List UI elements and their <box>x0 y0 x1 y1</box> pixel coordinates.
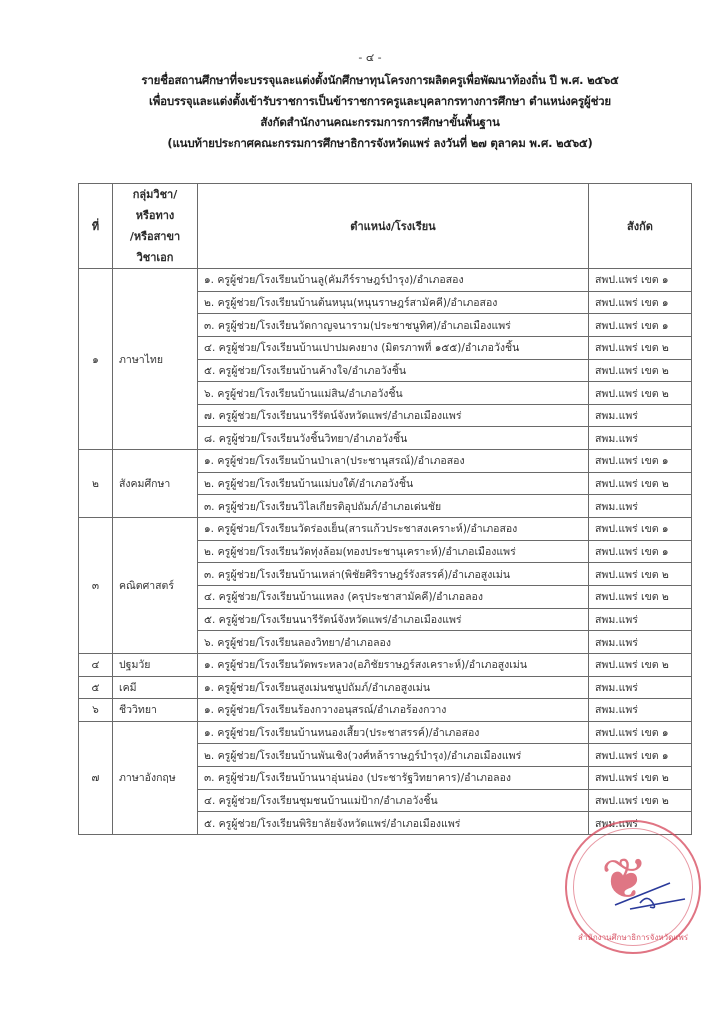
subject-group: ภาษาไทย <box>113 269 198 450</box>
header-no: ที่ <box>79 184 113 269</box>
affiliation: สพป.แพร่ เขต ๑ <box>589 744 692 767</box>
affiliation: สพป.แพร่ เขต ๑ <box>589 269 692 292</box>
row-number: ๗ <box>79 721 113 834</box>
position-school: ๒. ครูผู้ช่วย/โรงเรียนวัดทุ่งล้อม(ทองประ… <box>198 540 589 563</box>
title-line-1: รายชื่อสถานศึกษาที่จะบรรจุและแต่งตั้งนัก… <box>0 70 720 91</box>
position-school: ๒. ครูผู้ช่วย/โรงเรียนบ้านต้นหนุน(หนุนรา… <box>198 291 589 314</box>
subject-group: เคมี <box>113 676 198 699</box>
subject-group: ชีววิทยา <box>113 699 198 722</box>
position-school: ๓. ครูผู้ช่วย/โรงเรียนวิไลเกียรติอุปถัมภ… <box>198 495 589 518</box>
position-school: ๔. ครูผู้ช่วย/โรงเรียนบ้านเปาปมคงยาง (มิ… <box>198 336 589 359</box>
position-school: ๕. ครูผู้ช่วย/โรงเรียนบ้านค้างใจ/อำเภอวั… <box>198 359 589 382</box>
affiliation: สพป.แพร่ เขต ๒ <box>589 382 692 405</box>
affiliation: สพป.แพร่ เขต ๒ <box>589 653 692 676</box>
subject-group: สังคมศึกษา <box>113 450 198 518</box>
affiliation: สพป.แพร่ เขต ๒ <box>589 563 692 586</box>
affiliation: สพป.แพร่ เขต ๒ <box>589 336 692 359</box>
row-number: ๑ <box>79 269 113 450</box>
row-number: ๓ <box>79 518 113 654</box>
table-row: ๗ภาษาอังกฤษ๑. ครูผู้ช่วย/โรงเรียนบ้านหนอ… <box>79 721 692 744</box>
table-row: ๒สังคมศึกษา๑. ครูผู้ช่วย/โรงเรียนบ้านป่า… <box>79 450 692 473</box>
position-school: ๓. ครูผู้ช่วย/โรงเรียนบ้านเหล่า(พิชัยศิร… <box>198 563 589 586</box>
position-school: ๑. ครูผู้ช่วย/โรงเรียนบ้านหนองเสี้ยว(ประ… <box>198 721 589 744</box>
affiliation: สพม.แพร่ <box>589 608 692 631</box>
signature-icon <box>610 875 690 915</box>
affiliation: สพป.แพร่ เขต ๒ <box>589 359 692 382</box>
title-line-4: (แนบท้ายประกาศคณะกรรมการศึกษาธิการจังหวั… <box>0 133 720 154</box>
position-school: ๔. ครูผู้ช่วย/โรงเรียนบ้านแหลง (ครุประชา… <box>198 585 589 608</box>
position-school: ๕. ครูผู้ช่วย/โรงเรียนพิริยาลัยจังหวัดแพ… <box>198 812 589 835</box>
affiliation: สพป.แพร่ เขต ๒ <box>589 585 692 608</box>
document-title: รายชื่อสถานศึกษาที่จะบรรจุและแต่งตั้งนัก… <box>0 70 720 154</box>
affiliation: สพป.แพร่ เขต ๑ <box>589 721 692 744</box>
position-school: ๑. ครูผู้ช่วย/โรงเรียนสูงเม่นชนูปถัมภ์/อ… <box>198 676 589 699</box>
affiliation: สพป.แพร่ เขต ๑ <box>589 518 692 541</box>
table-row: ๕เคมี๑. ครูผู้ช่วย/โรงเรียนสูงเม่นชนูปถั… <box>79 676 692 699</box>
affiliation: สพป.แพร่ เขต ๑ <box>589 291 692 314</box>
subject-group: ปฐมวัย <box>113 653 198 676</box>
row-number: ๕ <box>79 676 113 699</box>
position-school: ๗. ครูผู้ช่วย/โรงเรียนนารีรัตน์จังหวัดแพ… <box>198 404 589 427</box>
table-row: ๓คณิตศาสตร์๑. ครูผู้ช่วย/โรงเรียนวัดร่อง… <box>79 518 692 541</box>
position-school: ๕. ครูผู้ช่วย/โรงเรียนนารีรัตน์จังหวัดแพ… <box>198 608 589 631</box>
row-number: ๔ <box>79 653 113 676</box>
position-school: ๖. ครูผู้ช่วย/โรงเรียนบ้านแม่สิน/อำเภอวั… <box>198 382 589 405</box>
position-school: ๑. ครูผู้ช่วย/โรงเรียนบ้านลู(คัมภีร์ราษฎ… <box>198 269 589 292</box>
affiliation: สพป.แพร่ เขต ๑ <box>589 314 692 337</box>
affiliation: สพป.แพร่ เขต ๒ <box>589 789 692 812</box>
table-row: ๑ภาษาไทย๑. ครูผู้ช่วย/โรงเรียนบ้านลู(คัม… <box>79 269 692 292</box>
affiliation: สพป.แพร่ เขต ๒ <box>589 472 692 495</box>
affiliation: สพม.แพร่ <box>589 404 692 427</box>
position-school: ๓. ครูผู้ช่วย/โรงเรียนบ้านนาอุ่นน่อง (ปร… <box>198 767 589 790</box>
stamp-text: สำนักงานศึกษาธิการจังหวัดแพร่ <box>575 931 691 944</box>
position-school: ๑. ครูผู้ช่วย/โรงเรียนร้องกวางอนุสรณ์/อำ… <box>198 699 589 722</box>
affiliation: สพม.แพร่ <box>589 699 692 722</box>
placement-table: ที่ กลุ่มวิชา/ หรือทาง /หรือสาขา วิชาเอก… <box>78 183 692 835</box>
table-header-row: ที่ กลุ่มวิชา/ หรือทาง /หรือสาขา วิชาเอก… <box>79 184 692 269</box>
subject-group: คณิตศาสตร์ <box>113 518 198 654</box>
table-row: ๔ปฐมวัย๑. ครูผู้ช่วย/โรงเรียนวัดพระหลวง(… <box>79 653 692 676</box>
position-school: ๘. ครูผู้ช่วย/โรงเรียนวังชิ้นวิทยา/อำเภอ… <box>198 427 589 450</box>
affiliation: สพป.แพร่ เขต ๑ <box>589 450 692 473</box>
header-subject-group: กลุ่มวิชา/ หรือทาง /หรือสาขา วิชาเอก <box>113 184 198 269</box>
header-affiliation: สังกัด <box>589 184 692 269</box>
table-body: ๑ภาษาไทย๑. ครูผู้ช่วย/โรงเรียนบ้านลู(คัม… <box>79 269 692 835</box>
row-number: ๖ <box>79 699 113 722</box>
position-school: ๑. ครูผู้ช่วย/โรงเรียนวัดร่องเย็น(สารแก้… <box>198 518 589 541</box>
affiliation: สพป.แพร่ เขต ๑ <box>589 540 692 563</box>
affiliation: สพม.แพร่ <box>589 495 692 518</box>
affiliation: สพม.แพร่ <box>589 676 692 699</box>
position-school: ๓. ครูผู้ช่วย/โรงเรียนวัดกาญจนาราม(ประชา… <box>198 314 589 337</box>
position-school: ๑. ครูผู้ช่วย/โรงเรียนบ้านป่าเลา(ประชานุ… <box>198 450 589 473</box>
position-school: ๔. ครูผู้ช่วย/โรงเรียนชุมชนบ้านแม่ป้าก/อ… <box>198 789 589 812</box>
affiliation: สพป.แพร่ เขต ๒ <box>589 767 692 790</box>
affiliation: สพม.แพร่ <box>589 631 692 654</box>
row-number: ๒ <box>79 450 113 518</box>
title-line-3: สังกัดสำนักงานคณะกรรมการการศึกษาขั้นพื้น… <box>0 112 720 133</box>
title-line-2: เพื่อบรรจุและแต่งตั้งเข้ารับราชการเป็นข้… <box>0 91 720 112</box>
header-position: ตำแหน่ง/โรงเรียน <box>198 184 589 269</box>
subject-group: ภาษาอังกฤษ <box>113 721 198 834</box>
position-school: ๖. ครูผู้ช่วย/โรงเรียนลองวิทยา/อำเภอลอง <box>198 631 589 654</box>
position-school: ๑. ครูผู้ช่วย/โรงเรียนวัดพระหลวง(อภิชัยร… <box>198 653 589 676</box>
position-school: ๒. ครูผู้ช่วย/โรงเรียนบ้านพันเชิง(วงศ์หล… <box>198 744 589 767</box>
affiliation: สพม.แพร่ <box>589 427 692 450</box>
position-school: ๒. ครูผู้ช่วย/โรงเรียนบ้านแม่บงใต้/อำเภอ… <box>198 472 589 495</box>
page-number: - ๔ - <box>0 48 720 66</box>
table-row: ๖ชีววิทยา๑. ครูผู้ช่วย/โรงเรียนร้องกวางอ… <box>79 699 692 722</box>
